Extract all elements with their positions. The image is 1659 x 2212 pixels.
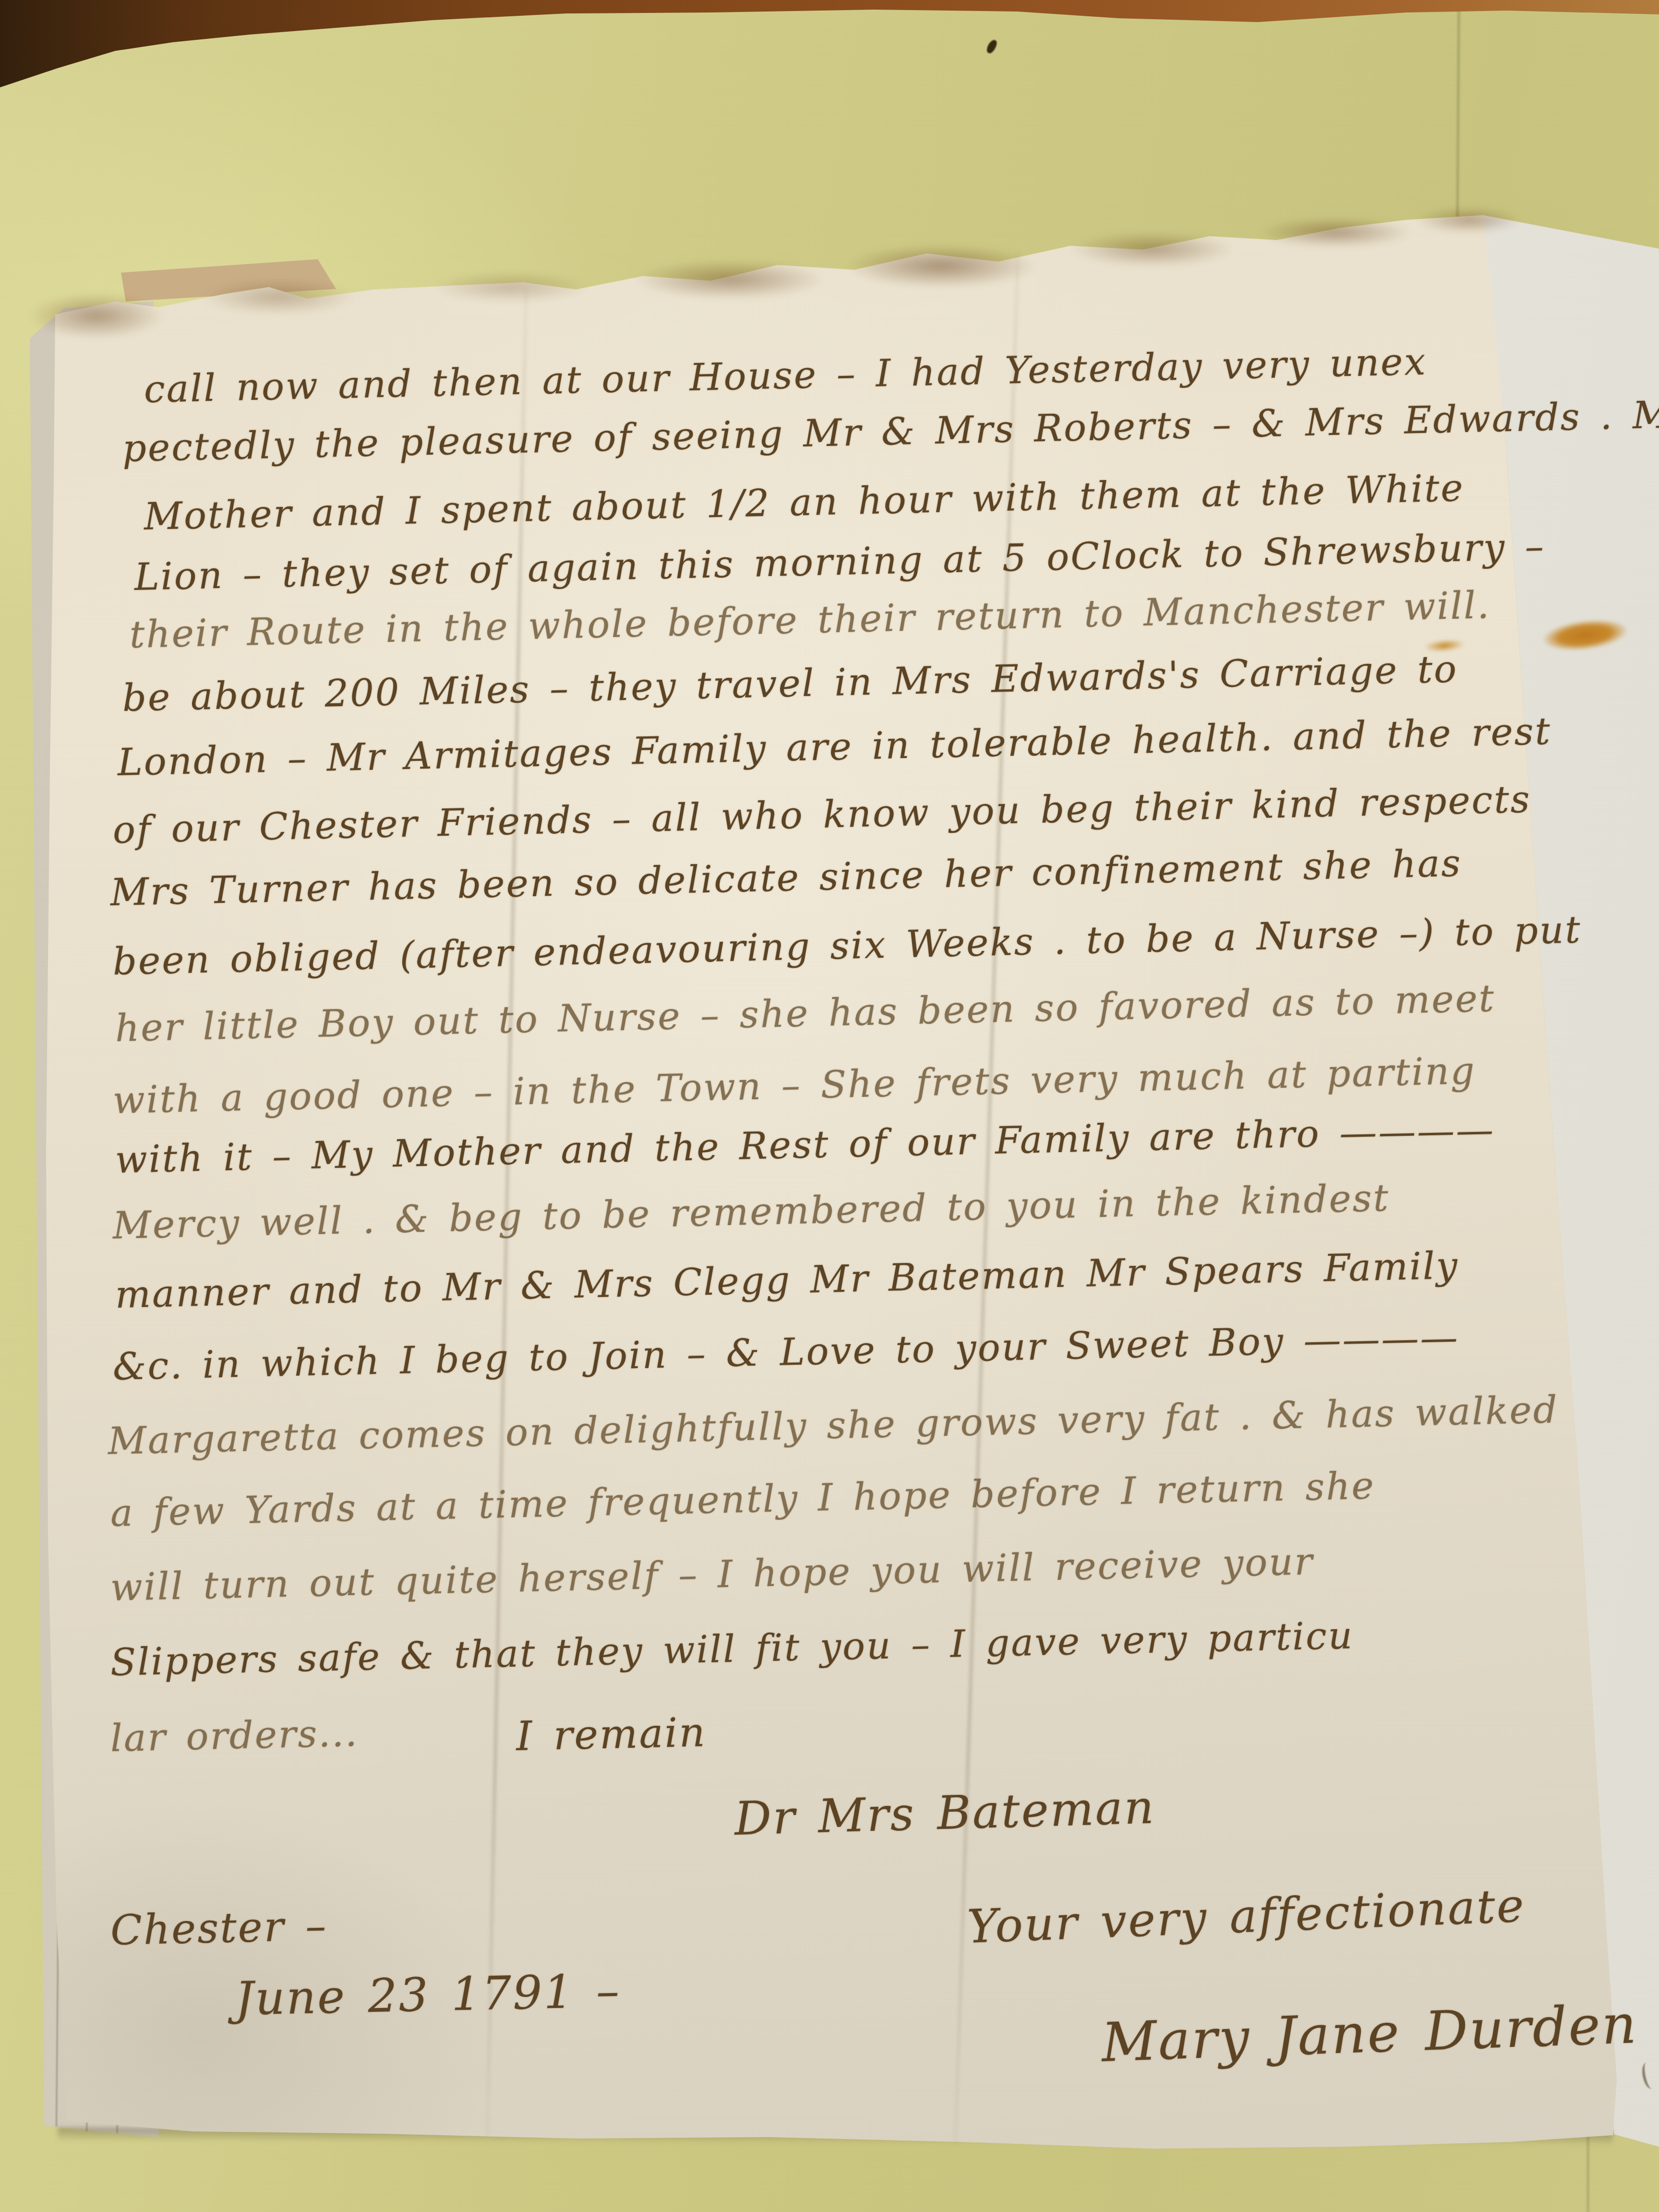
body-line: of our Chester Friends – all who know yo… xyxy=(112,778,1532,852)
body-line: will turn out quite herself – I hope you… xyxy=(110,1540,1314,1610)
body-line: Mercy well . & beg to be remembered to y… xyxy=(112,1177,1390,1248)
body-line: her little Boy out to Nurse – she has be… xyxy=(115,977,1496,1050)
body-line: manner and to Mr & Mrs Clegg Mr Bateman … xyxy=(115,1244,1459,1317)
addressee-line: Dr Mrs Bateman xyxy=(733,1780,1155,1846)
body-line: Slippers safe & that they will fit you –… xyxy=(110,1614,1354,1684)
body-line: been obliged (after endeavouring six Wee… xyxy=(112,908,1582,984)
body-line: Mother and I spent about 1/2 an hour wit… xyxy=(144,467,1465,539)
signature-line: Mary Jane Durden xyxy=(1101,1993,1639,2074)
body-line: Margaretta comes on delightfully she gro… xyxy=(108,1388,1559,1463)
body-line: lar orders... xyxy=(110,1711,359,1760)
body-line: call now and then at our House – I had Y… xyxy=(144,340,1427,411)
photo-scene: call now and then at our House – I had Y… xyxy=(0,0,1659,2212)
date-line: June 23 1791 – xyxy=(235,1964,621,2026)
valediction-line: Your very affectionate xyxy=(966,1879,1527,1954)
letter-text: call now and then at our House – I had Y… xyxy=(0,0,1659,2212)
body-line: London – Mr Armitages Family are in tole… xyxy=(117,709,1552,784)
body-line: with it – My Mother and the Rest of our … xyxy=(115,1108,1495,1182)
body-line: with a good one – in the Town – She fret… xyxy=(112,1049,1476,1122)
body-line: be about 200 Miles – they travel in Mrs … xyxy=(122,648,1458,720)
body-line: &c. in which I beg to Join – & Love to y… xyxy=(112,1316,1459,1388)
closing-line: I remain xyxy=(516,1708,707,1760)
body-line: a few Yards at a time frequently I hope … xyxy=(110,1464,1376,1535)
body-line: Mrs Turner has been so delicate since he… xyxy=(110,842,1462,914)
place-line: Chester – xyxy=(110,1902,328,1955)
